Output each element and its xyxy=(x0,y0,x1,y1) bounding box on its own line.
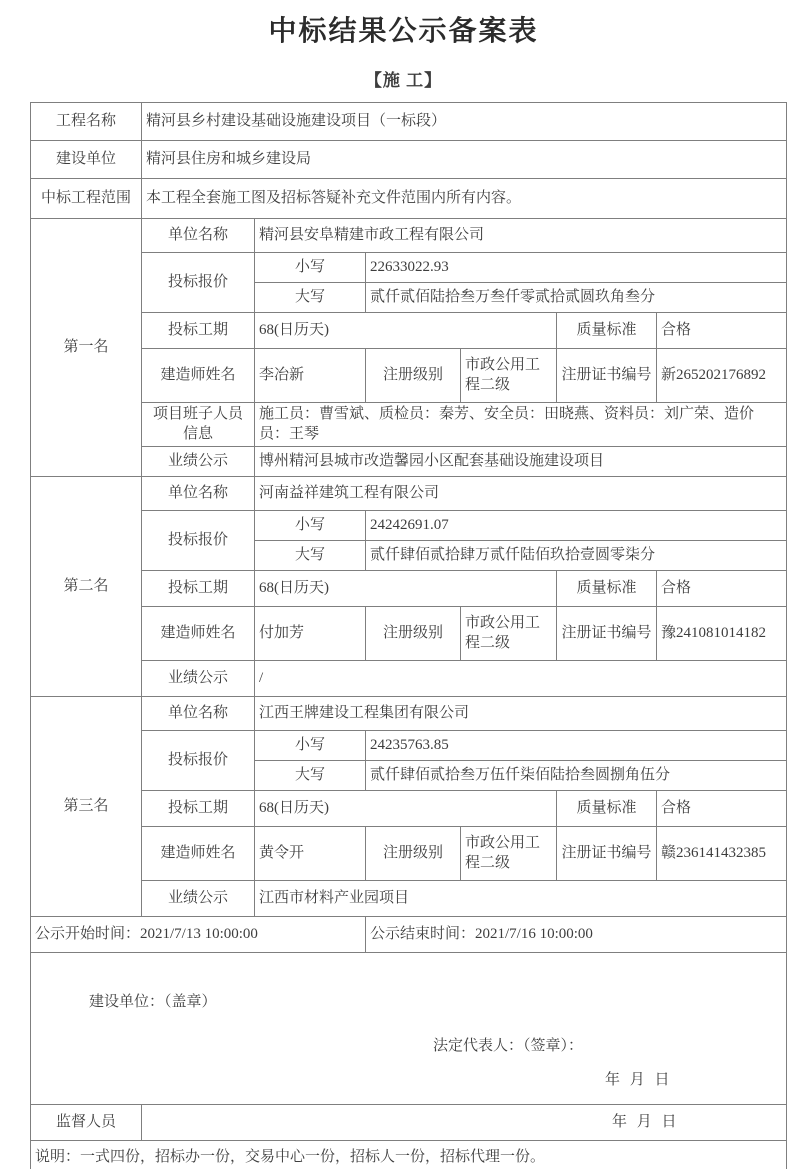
duration-label: 投标工期 xyxy=(142,791,255,827)
note-row: 说明：一式四份，招标办一份，交易中心一份，招标人一份，招标代理一份。 xyxy=(31,1141,787,1169)
company-label: 单位名称 xyxy=(142,477,255,511)
company-label: 单位名称 xyxy=(142,219,255,253)
bidder-3-rank: 第三名 xyxy=(31,697,142,917)
quality-standard-label: 质量标准 xyxy=(557,313,657,349)
bidder-1-price-figures: 22633022.93 xyxy=(366,253,787,283)
bidder-3-duration: 68(日历天) xyxy=(255,791,557,827)
table-row: 监督人员 年 月 日 xyxy=(31,1105,787,1141)
bid-result-filing-form: 中标结果公示备案表 【施 工】 工程名称 精河县乡村建设基础设施建设项目（一标段… xyxy=(0,0,807,1169)
bidder-1-rank: 第一名 xyxy=(31,219,142,477)
bidder-1-team: 施工员：曹雪斌、质检员：秦芳、安全员：田晓燕、资料员：刘广荣、造价员：王琴 xyxy=(255,403,787,447)
table-row: 业绩公示 江西市材料产业园项目 xyxy=(31,881,787,917)
bidder-3-certificate: 赣236141432385 xyxy=(657,827,787,881)
figures-label: 小写 xyxy=(255,731,366,761)
table-row: 投标工期 68(日历天) 质量标准 合格 xyxy=(31,571,787,607)
bidder-2-price-figures: 24242691.07 xyxy=(366,511,787,541)
table-row: 建造师姓名 李冶新 注册级别 市政公用工程二级 注册证书编号 新26520217… xyxy=(31,349,787,403)
table-row: 说明：一式四份，招标办一份，交易中心一份，招标人一份，招标代理一份。 xyxy=(31,1141,787,1169)
table-row: 投标报价 小写 24235763.85 xyxy=(31,731,787,761)
publicity-end-cell: 公示结束时间：2021/7/16 10:00:00 xyxy=(366,917,787,953)
bid-price-label: 投标报价 xyxy=(142,511,255,571)
table-row: 第三名 单位名称 江西王牌建设工程集团有限公司 xyxy=(31,697,787,731)
bidder-1-duration: 68(日历天) xyxy=(255,313,557,349)
words-label: 大写 xyxy=(255,283,366,313)
certificate-no-label: 注册证书编号 xyxy=(557,349,657,403)
table-row: 建造师姓名 黄令开 注册级别 市政公用工程二级 注册证书编号 赣23614143… xyxy=(31,827,787,881)
owner-value: 精河县住房和城乡建设局 xyxy=(142,141,787,179)
bid-price-label: 投标报价 xyxy=(142,253,255,313)
bidder-1-level: 市政公用工程二级 xyxy=(461,349,557,403)
bidder-3-builder: 黄令开 xyxy=(255,827,366,881)
publicity-end-label: 公示结束时间： xyxy=(370,926,475,942)
quality-standard-label: 质量标准 xyxy=(557,571,657,607)
table-row: 公示开始时间：2021/7/13 10:00:00 公示结束时间：2021/7/… xyxy=(31,917,787,953)
bidder-2-quality: 合格 xyxy=(657,571,787,607)
bid-price-label: 投标报价 xyxy=(142,731,255,791)
performance-label: 业绩公示 xyxy=(142,447,255,477)
bidder-2-duration: 68(日历天) xyxy=(255,571,557,607)
bidder-3-company: 江西王牌建设工程集团有限公司 xyxy=(255,697,787,731)
bidder-2-builder: 付加芳 xyxy=(255,607,366,661)
bidder-1-builder: 李冶新 xyxy=(255,349,366,403)
table-row: 第一名 单位名称 精河县安阜精建市政工程有限公司 xyxy=(31,219,787,253)
words-label: 大写 xyxy=(255,761,366,791)
bidder-2-performance: / xyxy=(255,661,787,697)
registration-level-label: 注册级别 xyxy=(366,349,461,403)
bidder-2-company: 河南益祥建筑工程有限公司 xyxy=(255,477,787,511)
bidder-1-company: 精河县安阜精建市政工程有限公司 xyxy=(255,219,787,253)
supervisor-date-blank: 年 月 日 xyxy=(612,1113,680,1133)
table-row: 投标报价 小写 22633022.93 xyxy=(31,253,787,283)
publicity-start-time: 2021/7/13 10:00:00 xyxy=(140,926,258,942)
bidder-3-price-words: 贰仟肆佰贰拾叁万伍仟柒佰陆拾叁圆捌角伍分 xyxy=(366,761,787,791)
signature-cell: 建设单位：（盖章） 法定代表人：（签章）： 年 月 日 xyxy=(31,953,787,1105)
publicity-end-time: 2021/7/16 10:00:00 xyxy=(475,926,593,942)
bidder-1-performance: 博州精河县城市改造馨园小区配套基础设施建设项目 xyxy=(255,447,787,477)
certificate-no-label: 注册证书编号 xyxy=(557,607,657,661)
owner-seal-line: 建设单位：（盖章） xyxy=(89,993,217,1013)
project-name-label: 工程名称 xyxy=(31,103,142,141)
duration-label: 投标工期 xyxy=(142,313,255,349)
publicity-start-label: 公示开始时间： xyxy=(35,926,140,942)
table-row: 投标报价 小写 24242691.07 xyxy=(31,511,787,541)
publicity-start-cell: 公示开始时间：2021/7/13 10:00:00 xyxy=(31,917,366,953)
words-label: 大写 xyxy=(255,541,366,571)
bidder-3-price-figures: 24235763.85 xyxy=(366,731,787,761)
legal-representative-line: 法定代表人：（签章）： xyxy=(433,1037,583,1057)
bidder-2-rank: 第二名 xyxy=(31,477,142,697)
builder-name-label: 建造师姓名 xyxy=(142,827,255,881)
registration-level-label: 注册级别 xyxy=(366,827,461,881)
figures-label: 小写 xyxy=(255,511,366,541)
bidder-3-quality: 合格 xyxy=(657,791,787,827)
certificate-no-label: 注册证书编号 xyxy=(557,827,657,881)
table-row: 投标工期 68(日历天) 质量标准 合格 xyxy=(31,791,787,827)
bidder-3-level: 市政公用工程二级 xyxy=(461,827,557,881)
table-row: 业绩公示 博州精河县城市改造馨园小区配套基础设施建设项目 xyxy=(31,447,787,477)
registration-level-label: 注册级别 xyxy=(366,607,461,661)
table-row: 工程名称 精河县乡村建设基础设施建设项目（一标段） xyxy=(31,103,787,141)
supervisor-cell: 年 月 日 xyxy=(142,1105,787,1141)
figures-label: 小写 xyxy=(255,253,366,283)
table-row: 建造师姓名 付加芳 注册级别 市政公用工程二级 注册证书编号 豫24108101… xyxy=(31,607,787,661)
builder-name-label: 建造师姓名 xyxy=(142,349,255,403)
builder-name-label: 建造师姓名 xyxy=(142,607,255,661)
company-label: 单位名称 xyxy=(142,697,255,731)
quality-standard-label: 质量标准 xyxy=(557,791,657,827)
owner-label: 建设单位 xyxy=(31,141,142,179)
bidder-3-performance: 江西市材料产业园项目 xyxy=(255,881,787,917)
bid-result-table: 工程名称 精河县乡村建设基础设施建设项目（一标段） 建设单位 精河县住房和城乡建… xyxy=(30,102,787,1169)
performance-label: 业绩公示 xyxy=(142,661,255,697)
scope-label: 中标工程范围 xyxy=(31,179,142,219)
bidder-1-price-words: 贰仟贰佰陆拾叁万叁仟零贰拾贰圆玖角叁分 xyxy=(366,283,787,313)
table-row: 项目班子人员信息 施工员：曹雪斌、质检员：秦芳、安全员：田晓燕、资料员：刘广荣、… xyxy=(31,403,787,447)
performance-label: 业绩公示 xyxy=(142,881,255,917)
page-title: 中标结果公示备案表 xyxy=(0,12,807,52)
page-subtitle: 【施 工】 xyxy=(0,70,807,92)
bidder-2-certificate: 豫241081014182 xyxy=(657,607,787,661)
signature-date-blank: 年 月 日 xyxy=(605,1071,673,1091)
table-row: 建设单位：（盖章） 法定代表人：（签章）： 年 月 日 xyxy=(31,953,787,1105)
duration-label: 投标工期 xyxy=(142,571,255,607)
bidder-1-quality: 合格 xyxy=(657,313,787,349)
supervisor-label: 监督人员 xyxy=(31,1105,142,1141)
table-row: 建设单位 精河县住房和城乡建设局 xyxy=(31,141,787,179)
team-label: 项目班子人员信息 xyxy=(142,403,255,447)
table-row: 中标工程范围 本工程全套施工图及招标答疑补充文件范围内所有内容。 xyxy=(31,179,787,219)
table-row: 投标工期 68(日历天) 质量标准 合格 xyxy=(31,313,787,349)
project-name-value: 精河县乡村建设基础设施建设项目（一标段） xyxy=(142,103,787,141)
table-row: 第二名 单位名称 河南益祥建筑工程有限公司 xyxy=(31,477,787,511)
bidder-1-certificate: 新265202176892 xyxy=(657,349,787,403)
bidder-2-price-words: 贰仟肆佰贰拾肆万贰仟陆佰玖拾壹圆零柒分 xyxy=(366,541,787,571)
table-row: 业绩公示 / xyxy=(31,661,787,697)
bidder-2-level: 市政公用工程二级 xyxy=(461,607,557,661)
scope-value: 本工程全套施工图及招标答疑补充文件范围内所有内容。 xyxy=(142,179,787,219)
